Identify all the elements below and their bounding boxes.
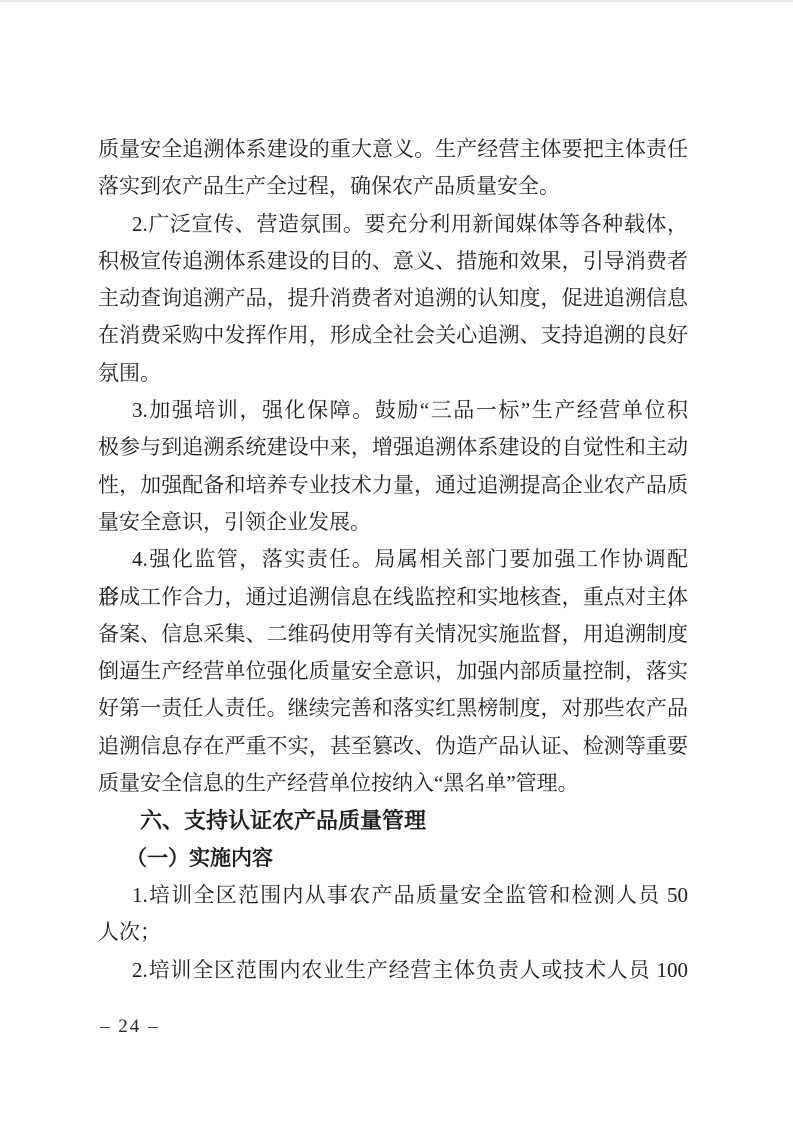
body-line: 备案、信息采集、二维码使用等有关情况实施监督，用追溯制度 — [98, 616, 688, 653]
body-line: 量安全意识，引领企业发展。 — [98, 504, 688, 541]
subsection-heading: （一）实施内容 — [98, 840, 688, 877]
body-line: 倒逼生产经营单位强化质量安全意识，加强内部质量控制，落实 — [98, 653, 688, 690]
body-line: 积极宣传追溯体系建设的目的、意义、措施和效果，引导消费者 — [98, 243, 688, 280]
section-heading: 六、支持认证农产品质量管理 — [98, 802, 688, 839]
body-line-item-start: 2.培训全区范围内农业生产经营主体负责人或技术人员 100 — [98, 952, 688, 989]
body-line-item-start: 3.加强培训，强化保障。鼓励“三品一标”生产经营单位积 — [98, 392, 688, 429]
body-line: 氛围。 — [98, 355, 688, 392]
body-line: 主动查询追溯产品，提升消费者对追溯的认知度，促进追溯信息 — [98, 280, 688, 317]
body-line: 质量安全追溯体系建设的重大意义。生产经营主体要把主体责任 — [98, 131, 688, 168]
body-line: 形成工作合力，通过追溯信息在线监控和实地核查，重点对主体 — [98, 579, 688, 616]
body-line: 好第一责任人责任。继续完善和落实红黑榜制度，对那些农产品 — [98, 690, 688, 727]
body-line: 性，加强配备和培养专业技术力量，通过追溯提高企业农产品质 — [98, 467, 688, 504]
body-line-item-start: 2.广泛宣传、营造氛围。要充分利用新闻媒体等各种载体， — [98, 206, 688, 243]
document-body: 质量安全追溯体系建设的重大意义。生产经营主体要把主体责任落实到农产品生产全过程，… — [98, 131, 688, 989]
body-line: 质量安全信息的生产经营单位按纳入“黑名单”管理。 — [98, 765, 688, 802]
body-line-item-start: 1.培训全区范围内从事农产品质量安全监管和检测人员 50 — [98, 877, 688, 914]
page-number: – 24 – — [100, 1008, 160, 1045]
body-line: 追溯信息存在严重不实，甚至篡改、伪造产品认证、检测等重要 — [98, 728, 688, 765]
body-line: 在消费采购中发挥作用，形成全社会关心追溯、支持追溯的良好 — [98, 317, 688, 354]
body-line: 人次； — [98, 914, 688, 951]
body-line: 落实到农产品生产全过程，确保农产品质量安全。 — [98, 168, 688, 205]
body-line: 极参与到追溯系统建设中来，增强追溯体系建设的自觉性和主动 — [98, 429, 688, 466]
document-page: 质量安全追溯体系建设的重大意义。生产经营主体要把主体责任落实到农产品生产全过程，… — [0, 0, 793, 1122]
body-line-item-start: 4.强化监管，落实责任。局属相关部门要加强工作协调配合， — [98, 541, 688, 578]
